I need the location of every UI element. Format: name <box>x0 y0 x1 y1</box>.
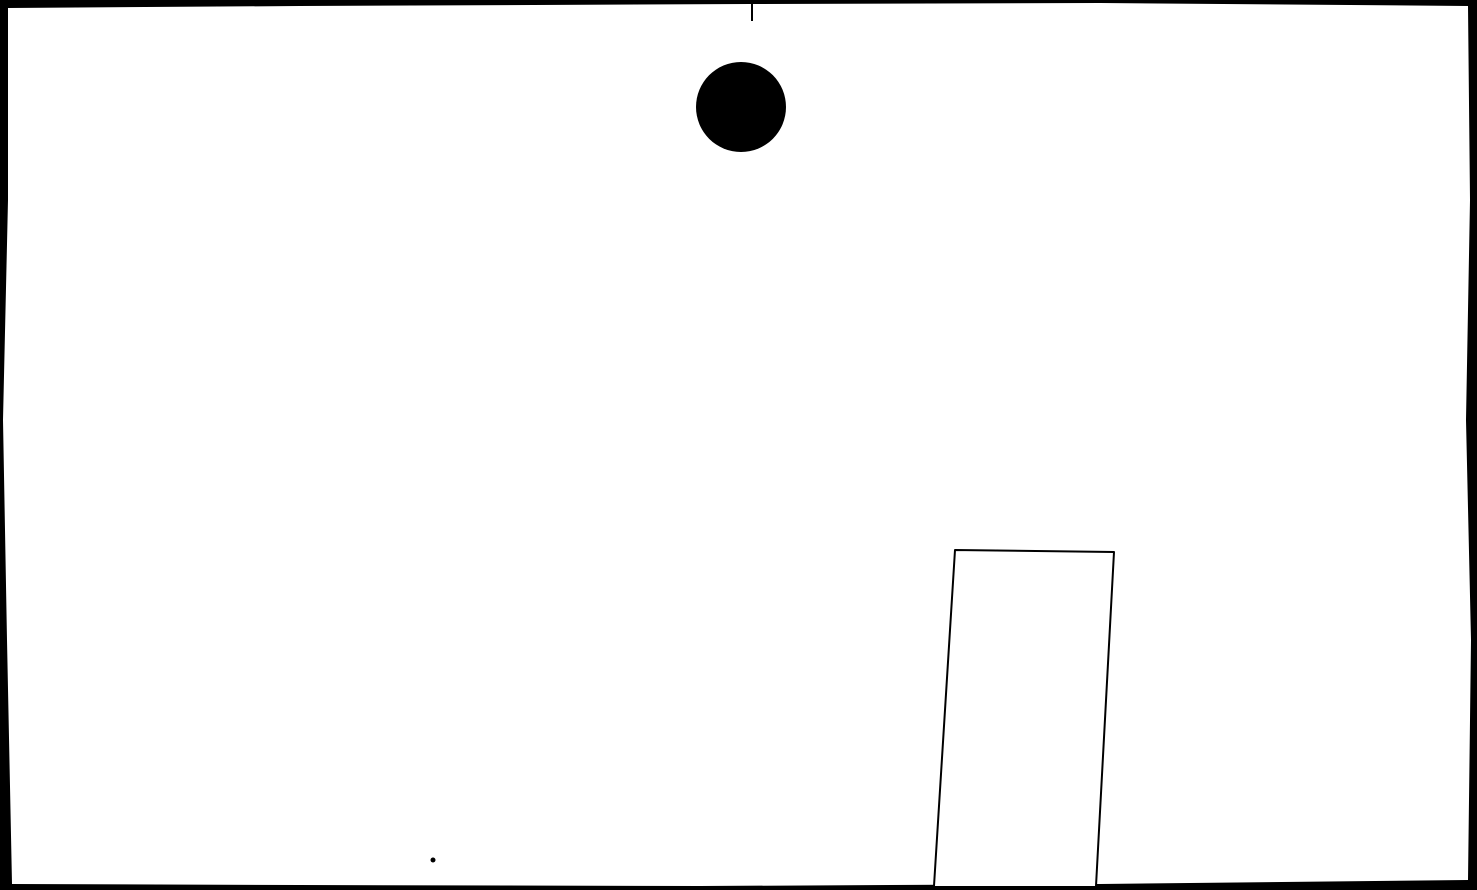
filled-circle <box>696 62 786 152</box>
mask-drawing <box>0 0 1477 890</box>
small-dot <box>431 858 436 863</box>
top-notch <box>751 3 753 21</box>
door-outline <box>934 550 1114 886</box>
mask-canvas <box>0 0 1477 890</box>
